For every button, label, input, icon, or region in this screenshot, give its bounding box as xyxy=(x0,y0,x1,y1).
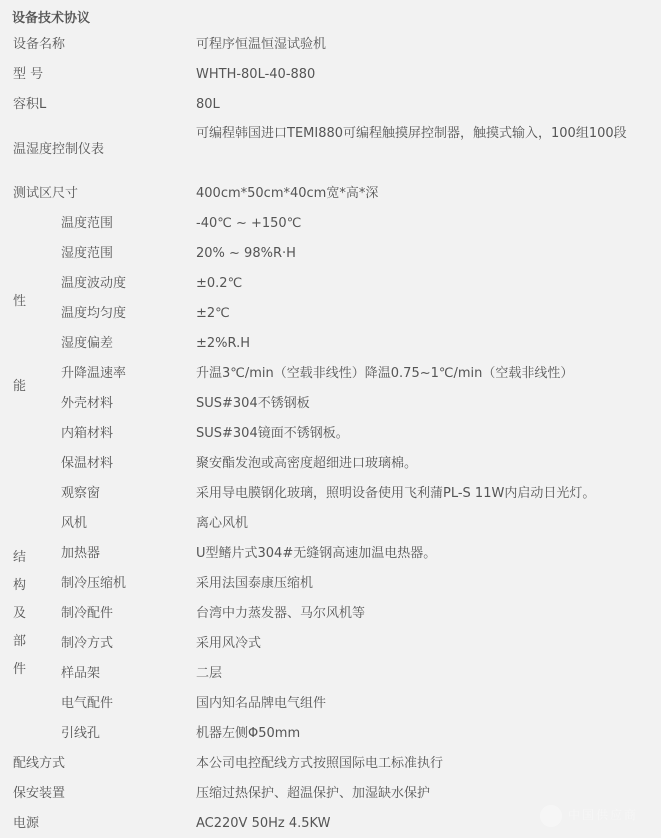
spec-label: 保温材料 xyxy=(61,449,113,479)
spec-row: 外壳材料 SUS#304不锈钢板 xyxy=(0,389,661,419)
spec-row: 风机 离心风机 xyxy=(0,509,661,539)
spec-row: 升降温速率 升温3℃/min（空载非线性）降温0.75~1℃/min（空载非线性… xyxy=(0,359,661,389)
spec-value: 可程序恒温恒湿试验机 xyxy=(196,30,326,60)
spec-label: 湿度偏差 xyxy=(61,329,113,359)
spec-label: 加热器 xyxy=(61,539,100,569)
spec-label: 制冷方式 xyxy=(61,629,113,659)
spec-row: 温度均匀度 ±2℃ xyxy=(0,299,661,329)
spec-value: 采用法国泰康压缩机 xyxy=(196,569,313,599)
spec-label: 温湿度控制仪表 xyxy=(13,135,104,165)
spec-label: 引线孔 xyxy=(61,719,100,749)
spec-row: 引线孔 机器左侧Φ50mm xyxy=(0,719,661,749)
spec-row: 加热器 U型鳍片式304#无缝钢高速加温电热器。 xyxy=(0,539,661,569)
spec-row: 制冷压缩机 采用法国泰康压缩机 xyxy=(0,569,661,599)
spec-value: 压缩过热保护、超温保护、加湿缺水保护 xyxy=(196,779,430,809)
spec-row-controller: 温湿度控制仪表 可编程韩国进口TEMI880可编程触摸屏控制器，触摸式输入，10… xyxy=(0,120,661,180)
spec-value: 二层 xyxy=(196,659,222,689)
spec-value: 升温3℃/min（空载非线性）降温0.75~1℃/min（空载非线性） xyxy=(196,359,573,389)
watermark: 中国供应商 xyxy=(540,803,650,829)
spec-label: 配线方式 xyxy=(13,749,65,779)
spec-row: 内箱材料 SUS#304镜面不锈钢板。 xyxy=(0,419,661,449)
spec-label: 内箱材料 xyxy=(61,419,113,449)
spec-value: AC220V 50Hz 4.5KW xyxy=(196,809,330,838)
spec-row: 制冷方式 采用风冷式 xyxy=(0,629,661,659)
spec-label: 测试区尺寸 xyxy=(13,179,78,209)
spec-value: ±2%R.H xyxy=(196,329,250,359)
spec-label: 容积L xyxy=(13,90,46,120)
spec-label: 风机 xyxy=(61,509,87,539)
spec-value: 机器左侧Φ50mm xyxy=(196,719,300,749)
spec-value: -40℃ ~ +150℃ xyxy=(196,209,301,239)
spec-label: 制冷配件 xyxy=(61,599,113,629)
spec-label: 升降温速率 xyxy=(61,359,126,389)
spec-row: 湿度范围 20% ~ 98%R·H xyxy=(0,239,661,269)
watermark-text: 中国供应商 xyxy=(568,806,638,823)
spec-row: 样品架 二层 xyxy=(0,659,661,689)
spec-label: 型 号 xyxy=(13,60,43,90)
spec-row-model: 型 号 WHTH-80L-40-880 xyxy=(0,60,661,90)
spec-label: 温度波动度 xyxy=(61,269,126,299)
spec-label: 样品架 xyxy=(61,659,100,689)
spec-value: WHTH-80L-40-880 xyxy=(196,60,315,90)
spec-label: 电气配件 xyxy=(61,689,113,719)
spec-label: 温度均匀度 xyxy=(61,299,126,329)
spec-label: 设备名称 xyxy=(13,30,65,60)
spec-value: 离心风机 xyxy=(196,509,248,539)
spec-value: 400cm*50cm*40cm宽*高*深 xyxy=(196,179,378,209)
spec-label: 温度范围 xyxy=(61,209,113,239)
spec-value: 聚安酯发泡或高密度超细进口玻璃棉。 xyxy=(196,449,417,479)
spec-label: 外壳材料 xyxy=(61,389,113,419)
spec-value: ±2℃ xyxy=(196,299,230,329)
spec-value: 20% ~ 98%R·H xyxy=(196,239,296,269)
spec-row: 湿度偏差 ±2%R.H xyxy=(0,329,661,359)
spec-row: 观察窗 采用导电膜钢化玻璃，照明设备使用飞利蒲PL-S 11W内启动日光灯。 xyxy=(0,479,661,509)
watermark-logo-icon xyxy=(540,805,562,827)
spec-label: 保安装置 xyxy=(13,779,65,809)
spec-row-device-name: 设备名称 可程序恒温恒湿试验机 xyxy=(0,30,661,60)
spec-value: 80L xyxy=(196,90,220,120)
spec-row: 制冷配件 台湾中力蒸发器、马尔风机等 xyxy=(0,599,661,629)
spec-value: SUS#304不锈钢板 xyxy=(196,389,310,419)
spec-label: 电源 xyxy=(13,809,39,838)
spec-row: 温度范围 -40℃ ~ +150℃ xyxy=(0,209,661,239)
spec-value: SUS#304镜面不锈钢板。 xyxy=(196,419,349,449)
spec-row-wiring: 配线方式 本公司电控配线方式按照国际电工标准执行 xyxy=(0,749,661,779)
spec-label: 观察窗 xyxy=(61,479,100,509)
spec-value: 采用导电膜钢化玻璃，照明设备使用飞利蒲PL-S 11W内启动日光灯。 xyxy=(196,479,595,509)
spec-row: 电气配件 国内知名品牌电气组件 xyxy=(0,689,661,719)
spec-value: 本公司电控配线方式按照国际电工标准执行 xyxy=(196,749,443,779)
spec-row: 温度波动度 ±0.2℃ xyxy=(0,269,661,299)
spec-row-volume: 容积L 80L xyxy=(0,90,661,120)
spec-value: 采用风冷式 xyxy=(196,629,261,659)
spec-row: 保温材料 聚安酯发泡或高密度超细进口玻璃棉。 xyxy=(0,449,661,479)
spec-value: 可编程韩国进口TEMI880可编程触摸屏控制器，触摸式输入，100组100段 xyxy=(196,126,627,142)
spec-value: ±0.2℃ xyxy=(196,269,242,299)
spec-label: 湿度范围 xyxy=(61,239,113,269)
spec-label: 制冷压缩机 xyxy=(61,569,126,599)
spec-row-test-area: 测试区尺寸 400cm*50cm*40cm宽*高*深 xyxy=(0,179,661,209)
document-title: 设备技术协议 xyxy=(12,7,90,26)
spec-value: 国内知名品牌电气组件 xyxy=(196,689,326,719)
spec-value: U型鳍片式304#无缝钢高速加温电热器。 xyxy=(196,539,436,569)
spec-value: 台湾中力蒸发器、马尔风机等 xyxy=(196,599,365,629)
